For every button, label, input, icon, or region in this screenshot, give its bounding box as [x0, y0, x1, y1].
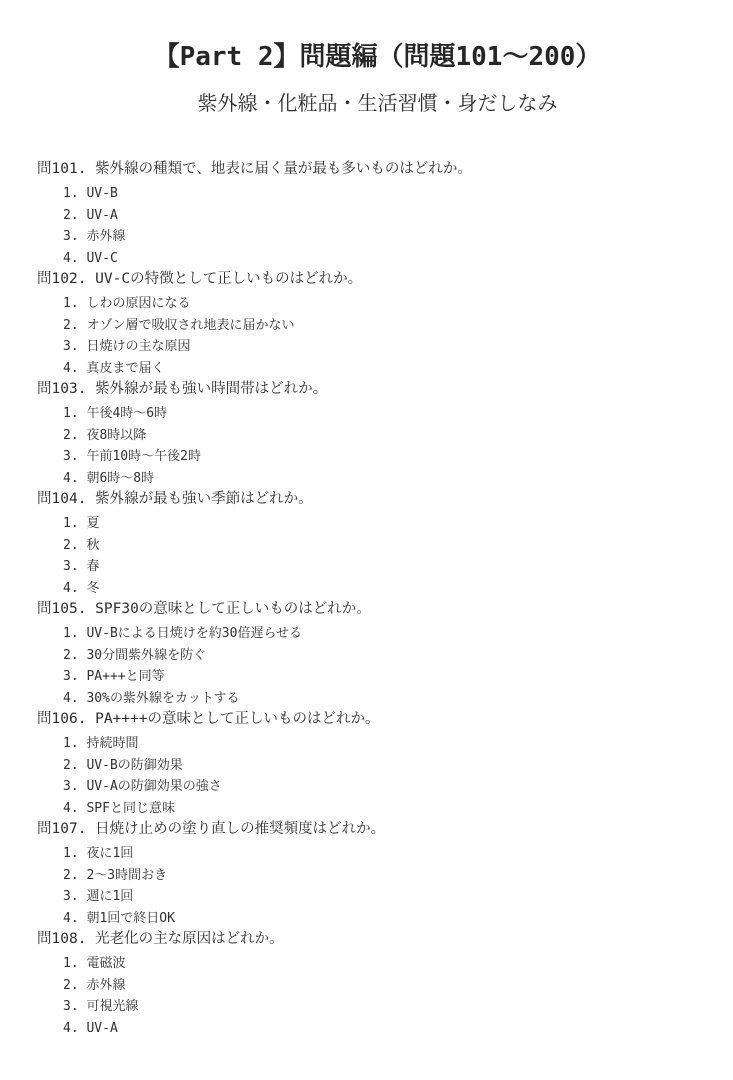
document-subtitle: 紫外線・化粧品・生活習慣・身だしなみ [22, 92, 733, 114]
question-header: 問102. UV-Cの特徴として正しいものはどれか。 [37, 269, 733, 289]
question-option: 1. 持続時間 [37, 733, 733, 755]
question-option: 3. 春 [37, 556, 733, 578]
question-header: 問105. SPF30の意味として正しいものはどれか。 [37, 599, 733, 619]
question-option: 2. 30分間紫外線を防ぐ [37, 645, 733, 667]
question-block: 問105. SPF30の意味として正しいものはどれか。 1. UV-Bによる日焼… [37, 599, 733, 709]
question-block: 問106. PA++++の意味として正しいものはどれか。 1. 持続時間 2. … [37, 709, 733, 819]
question-header: 問107. 日焼け止めの塗り直しの推奨頻度はどれか。 [37, 819, 733, 839]
question-option: 3. 午前10時〜午後2時 [37, 446, 733, 468]
question-option: 3. 週に1回 [37, 886, 733, 908]
question-header: 問106. PA++++の意味として正しいものはどれか。 [37, 709, 733, 729]
question-option: 1. UV-B [37, 183, 733, 205]
question-option: 4. 30%の紫外線をカットする [37, 688, 733, 710]
question-option: 2. UV-A [37, 205, 733, 227]
question-block: 問104. 紫外線が最も強い季節はどれか。 1. 夏 2. 秋 3. 春 4. … [37, 489, 733, 599]
question-option: 1. 電磁波 [37, 953, 733, 975]
question-list: 問101. 紫外線の種類で、地表に届く量が最も多いものはどれか。 1. UV-B… [37, 159, 733, 1039]
question-option: 1. しわの原因になる [37, 293, 733, 315]
question-block: 問102. UV-Cの特徴として正しいものはどれか。 1. しわの原因になる 2… [37, 269, 733, 379]
question-option: 2. 赤外線 [37, 975, 733, 997]
question-option: 3. PA+++と同等 [37, 666, 733, 688]
question-option: 4. SPFと同じ意味 [37, 798, 733, 820]
question-option: 2. 2〜3時間おき [37, 865, 733, 887]
question-option: 2. 秋 [37, 535, 733, 557]
question-header: 問101. 紫外線の種類で、地表に届く量が最も多いものはどれか。 [37, 159, 733, 179]
question-option: 4. UV-A [37, 1018, 733, 1040]
question-block: 問107. 日焼け止めの塗り直しの推奨頻度はどれか。 1. 夜に1回 2. 2〜… [37, 819, 733, 929]
question-block: 問103. 紫外線が最も強い時間帯はどれか。 1. 午後4時〜6時 2. 夜8時… [37, 379, 733, 489]
document-title: 【Part 2】問題編（問題101〜200） [22, 42, 733, 72]
question-option: 2. 夜8時以降 [37, 425, 733, 447]
question-option: 1. UV-Bによる日焼けを約30倍遅らせる [37, 623, 733, 645]
question-option: 4. UV-C [37, 248, 733, 270]
question-option: 3. UV-Aの防御効果の強さ [37, 776, 733, 798]
question-option: 3. 赤外線 [37, 226, 733, 248]
question-option: 3. 日焼けの主な原因 [37, 336, 733, 358]
question-option: 1. 夜に1回 [37, 843, 733, 865]
question-option: 4. 朝1回で終日OK [37, 908, 733, 930]
question-header: 問108. 光老化の主な原因はどれか。 [37, 929, 733, 949]
question-option: 1. 夏 [37, 513, 733, 535]
question-option: 4. 冬 [37, 578, 733, 600]
question-option: 2. UV-Bの防御効果 [37, 755, 733, 777]
document-header: 【Part 2】問題編（問題101〜200） 紫外線・化粧品・生活習慣・身だしな… [0, 42, 733, 114]
question-option: 3. 可視光線 [37, 996, 733, 1018]
question-block: 問101. 紫外線の種類で、地表に届く量が最も多いものはどれか。 1. UV-B… [37, 159, 733, 269]
question-option: 1. 午後4時〜6時 [37, 403, 733, 425]
question-option: 2. オゾン層で吸収され地表に届かない [37, 315, 733, 337]
question-header: 問103. 紫外線が最も強い時間帯はどれか。 [37, 379, 733, 399]
question-header: 問104. 紫外線が最も強い季節はどれか。 [37, 489, 733, 509]
question-option: 4. 真皮まで届く [37, 358, 733, 380]
question-block: 問108. 光老化の主な原因はどれか。 1. 電磁波 2. 赤外線 3. 可視光… [37, 929, 733, 1039]
question-option: 4. 朝6時〜8時 [37, 468, 733, 490]
